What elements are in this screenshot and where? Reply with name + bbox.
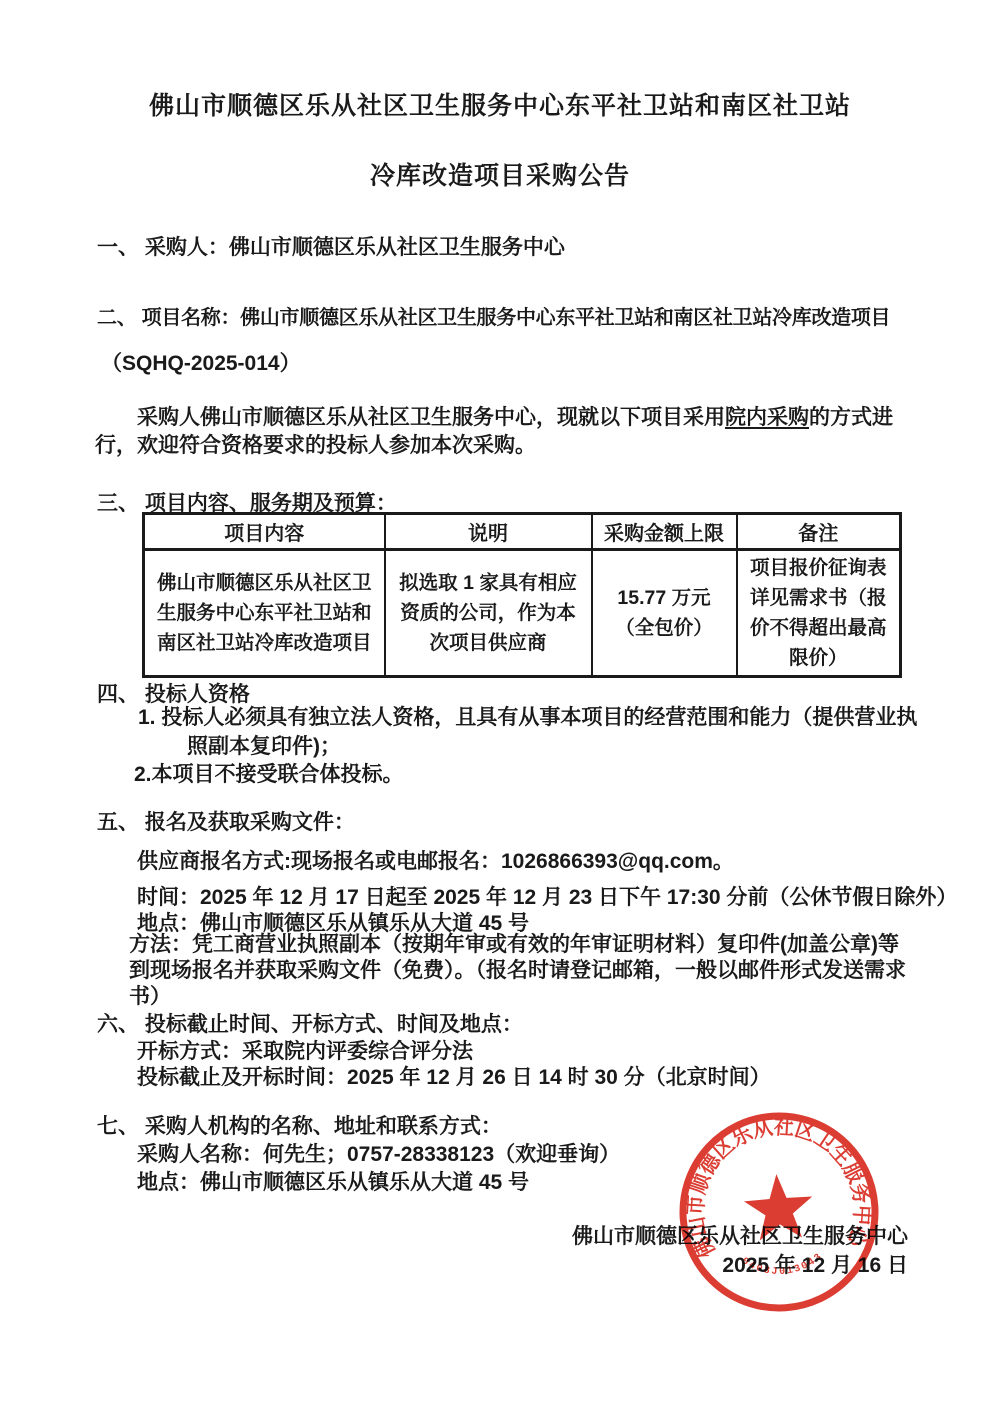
table-cell-project-content: 佛山市顺德区乐从社区卫生服务中心东平社卫站和南区社卫站冷库改造项目 [144, 550, 385, 677]
bid-deadline-line: 投标截止及开标时间：2025 年 12 月 26 日 14 时 30 分（北京时… [137, 1061, 771, 1091]
table-header-row: 项目内容 说明 采购金额上限 备注 [144, 514, 901, 550]
intro-paragraph: 采购人佛山市顺德区乐从社区卫生服务中心，现就以下项目采用院内采购的方式进行，欢迎… [95, 404, 909, 460]
registration-procedure-line: 方法：凭工商营业执照副本（按期年审或有效的年审证明材料）复印件(加盖公章)等到现… [129, 932, 919, 1010]
purchaser-contact-line: 采购人名称：何先生；0757-28338123（欢迎垂询） [137, 1138, 620, 1168]
procurement-announcement-document: 佛山市顺德区乐从社区卫生服务中心东平社卫站和南区社卫站 冷库改造项目采购公告 一… [0, 0, 1000, 1415]
section-6-heading: 六、 投标截止时间、开标方式、时间及地点： [97, 1008, 523, 1038]
intro-text-before: 采购人佛山市顺德区乐从社区卫生服务中心，现就以下项目采用 [137, 406, 725, 429]
table-cell-amount-limit: 15.77 万元 （全包价） [592, 550, 737, 677]
intro-underlined-term: 院内采购 [725, 406, 809, 429]
official-seal-stamp: 佛山市顺德区乐从社区卫生服务中心 0408J013043 [656, 1089, 901, 1334]
table-row: 佛山市顺德区乐从社区卫生服务中心东平社卫站和南区社卫站冷库改造项目 拟选取 1 … [144, 550, 901, 677]
project-budget-table: 项目内容 说明 采购金额上限 备注 佛山市顺德区乐从社区卫生服务中心东平社卫站和… [142, 512, 902, 678]
document-title-line2: 冷库改造项目采购公告 [0, 156, 1000, 192]
project-code: （SQHQ-2025-014） [101, 347, 301, 377]
bidder-qualification-item-1: 1. 投标人必须具有独立法人资格，且具有从事本项目的经营范围和能力（提供营业执照… [138, 703, 930, 761]
bidder-qualification-item-2: 2.本项目不接受联合体投标。 [134, 758, 404, 788]
section-7-heading: 七、 采购人机构的名称、地址和联系方式： [97, 1110, 502, 1140]
section-1-purchaser: 一、 采购人：佛山市顺德区乐从社区卫生服务中心 [97, 231, 565, 261]
table-header-amount-limit: 采购金额上限 [592, 514, 737, 550]
document-title-line1: 佛山市顺德区乐从社区卫生服务中心东平社卫站和南区社卫站 [0, 86, 1000, 122]
table-cell-remarks: 项目报价征询表详见需求书（报价不得超出最高限价） [737, 550, 901, 677]
table-header-project-content: 项目内容 [144, 514, 385, 550]
svg-text:0408J013043: 0408J013043 [739, 1251, 827, 1281]
table-cell-description: 拟选取 1 家具有相应资质的公司，作为本次项目供应商 [385, 550, 592, 677]
table-header-description: 说明 [385, 514, 592, 550]
purchaser-address-line: 地点：佛山市顺德区乐从镇乐从大道 45 号 [137, 1166, 529, 1196]
section-5-heading: 五、 报名及获取采购文件： [97, 806, 355, 836]
registration-method-line: 供应商报名方式:现场报名或电邮报名：1026866393@qq.com。 [137, 845, 734, 875]
seal-code-text: 0408J013043 [739, 1251, 827, 1281]
table-header-remarks: 备注 [737, 514, 901, 550]
section-2-project-name: 二、 项目名称：佛山市顺德区乐从社区卫生服务中心东平社卫站和南区社卫站冷库改造项… [97, 301, 890, 330]
seal-star-icon [742, 1172, 815, 1242]
